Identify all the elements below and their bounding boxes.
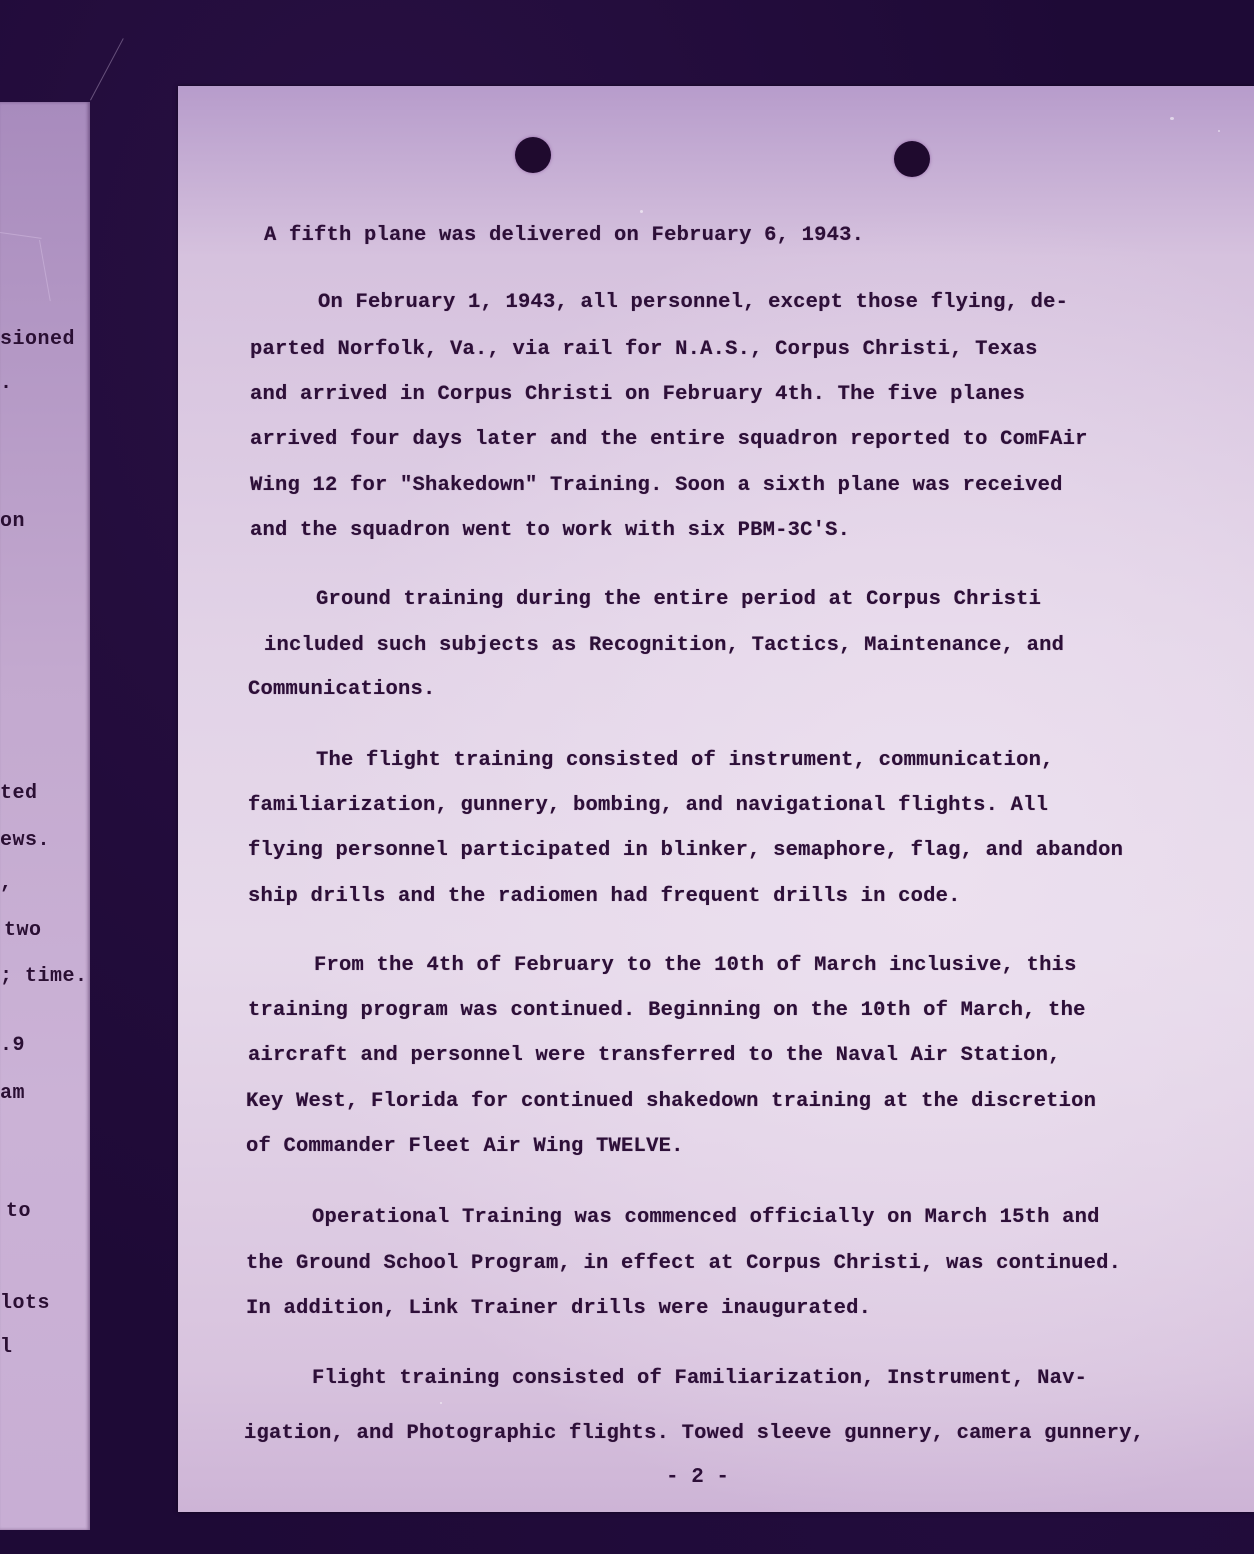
film-speck: [905, 1428, 908, 1431]
paragraph-4-line: flying personnel participated in blinker…: [248, 839, 1123, 862]
paragraph-4-line: ship drills and the radiomen had frequen…: [248, 885, 961, 908]
paragraph-3-line: Communications.: [248, 678, 436, 701]
adjacent-fragment: to: [6, 1200, 31, 1223]
document-page: A fifth plane was delivered on February …: [178, 86, 1254, 1512]
page-number: - 2 -: [666, 1466, 729, 1489]
paragraph-5-line: of Commander Fleet Air Wing TWELVE.: [246, 1135, 684, 1158]
film-speck: [1170, 117, 1174, 120]
paragraph-6-line: the Ground School Program, in effect at …: [246, 1252, 1121, 1275]
adjacent-page: sioned . on ted ews. , two ; time. .9 am…: [0, 102, 90, 1530]
adjacent-fragment: ,: [0, 872, 13, 895]
adjacent-fragment: .: [0, 372, 13, 395]
paragraph-2-line: parted Norfolk, Va., via rail for N.A.S.…: [250, 338, 1038, 361]
adjacent-fragment: lots: [0, 1292, 50, 1315]
paragraph-4-line: familiarization, gunnery, bombing, and n…: [248, 794, 1048, 817]
punch-hole-icon: [515, 137, 551, 173]
paragraph-2-line: On February 1, 1943, all personnel, exce…: [318, 291, 1068, 314]
paragraph-2-line: and arrived in Corpus Christi on Februar…: [250, 383, 1025, 406]
film-speck: [1218, 130, 1220, 132]
paragraph-2-line: and the squadron went to work with six P…: [250, 519, 850, 542]
adjacent-fragment: ted: [0, 782, 38, 805]
adjacent-fragment: l: [0, 1336, 13, 1359]
paragraph-2-line: Wing 12 for "Shakedown" Training. Soon a…: [250, 474, 1063, 497]
adjacent-fragment: ews.: [0, 829, 50, 852]
adjacent-fragment: on: [0, 510, 25, 533]
adjacent-fragment: .9: [0, 1034, 25, 1057]
paragraph-5-line: training program was continued. Beginnin…: [248, 999, 1086, 1022]
paragraph-5-line: From the 4th of February to the 10th of …: [314, 954, 1077, 977]
paragraph-7-line: igation, and Photographic flights. Towed…: [244, 1422, 1144, 1445]
paragraph-3-line: Ground training during the entire period…: [316, 588, 1041, 611]
adjacent-fragment: ; time.: [0, 965, 88, 988]
paragraph-5-line: aircraft and personnel were transferred …: [248, 1044, 1061, 1067]
adjacent-fragment: am: [0, 1082, 25, 1105]
punch-hole-icon: [894, 141, 930, 177]
paragraph-5-line: Key West, Florida for continued shakedow…: [246, 1090, 1096, 1113]
paragraph-6-line: In addition, Link Trainer drills were in…: [246, 1297, 871, 1320]
paragraph-2-line: arrived four days later and the entire s…: [250, 428, 1088, 451]
film-speck: [640, 210, 643, 213]
paragraph-3-line: included such subjects as Recognition, T…: [264, 634, 1064, 657]
paragraph-7-line: Flight training consisted of Familiariza…: [312, 1367, 1087, 1390]
film-speck: [440, 1402, 442, 1404]
paragraph-1-line: A fifth plane was delivered on February …: [264, 224, 864, 247]
adjacent-fragment: two: [4, 919, 42, 942]
adjacent-fragment: sioned: [0, 328, 75, 351]
paragraph-4-line: The flight training consisted of instrum…: [316, 749, 1054, 772]
paragraph-6-line: Operational Training was commenced offic…: [312, 1206, 1100, 1229]
